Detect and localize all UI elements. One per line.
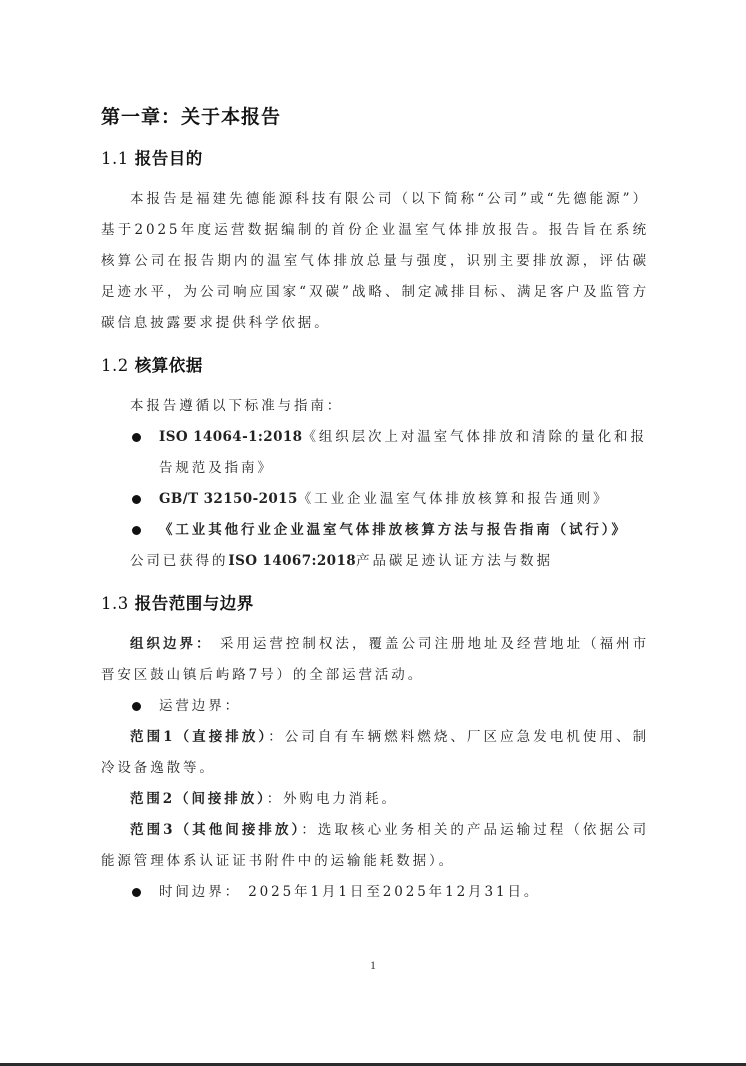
note-prefix: 公司已获得的 — [130, 553, 228, 569]
scope1-paragraph: 范围1（直接排放）：公司自有车辆燃料燃烧、厂区应急发电机使用、制冷设备逸散等。 — [101, 722, 649, 784]
section-heading-1-1: 1.1报告目的 — [101, 144, 649, 174]
org-boundary-paragraph: 组织边界： 采用运营控制权法，覆盖公司注册地址及经营地址（福州市晋安区鼓山镇后屿… — [101, 629, 649, 691]
list-item: 《工业其他行业企业温室气体排放核算方法与报告指南（试行）》 — [101, 515, 649, 546]
list-item: GB/T 32150-2015《工业企业温室气体排放核算和报告通则》 — [101, 484, 649, 515]
section-number: 1.3 — [101, 594, 129, 613]
note-code: ISO 14067:2018 — [228, 553, 356, 569]
scope3-label: 范围3（其他间接排放） — [130, 822, 301, 838]
ops-boundary-list: 运营边界： — [101, 691, 649, 722]
standards-intro: 本报告遵循以下标准与指南： — [101, 391, 649, 422]
section-title: 报告范围与边界 — [135, 594, 254, 613]
standard-code: ISO 14064-1:2018 — [159, 429, 302, 445]
standards-list: ISO 14064-1:2018《组织层次上对温室气体排放和清除的量化和报告规范… — [101, 422, 649, 546]
scope2-label: 范围2（间接排放） — [130, 791, 267, 807]
purpose-paragraph: 本报告是福建先德能源科技有限公司（以下简称“公司”或“先德能源”）基于2025年… — [101, 184, 649, 339]
note-suffix: 产品碳足迹认证方法与数据 — [356, 553, 553, 569]
section-number: 1.2 — [101, 356, 129, 375]
document-page: 第一章：关于本报告 1.1报告目的 本报告是福建先德能源科技有限公司（以下简称“… — [0, 0, 746, 1063]
standard-name: 《工业企业温室气体排放核算和报告通则》 — [298, 491, 610, 507]
bullet-icon — [132, 433, 141, 442]
standard-code: GB/T 32150-2015 — [159, 491, 298, 507]
page-content: 第一章：关于本报告 1.1报告目的 本报告是福建先德能源科技有限公司（以下简称“… — [101, 100, 649, 908]
page-number: 1 — [0, 958, 746, 973]
time-boundary-text: 2025年1月1日至2025年12月31日。 — [241, 884, 540, 900]
time-boundary-list: 时间边界： 2025年1月1日至2025年12月31日。 — [101, 877, 649, 908]
section-number: 1.1 — [101, 149, 129, 168]
section-title: 报告目的 — [135, 149, 203, 168]
bullet-icon — [132, 702, 141, 711]
certification-note: 公司已获得的ISO 14067:2018产品碳足迹认证方法与数据 — [101, 546, 649, 577]
time-boundary-label: 时间边界： — [159, 884, 241, 900]
ops-boundary-label: 运营边界： — [159, 698, 241, 714]
bullet-icon — [132, 526, 141, 535]
section-heading-1-3: 1.3报告范围与边界 — [101, 589, 649, 619]
bullet-icon — [132, 495, 141, 504]
org-boundary-label: 组织边界： — [130, 636, 213, 652]
scope2-paragraph: 范围2（间接排放）：外购电力消耗。 — [101, 784, 649, 815]
scope1-label: 范围1（直接排放） — [130, 729, 268, 745]
section-heading-1-2: 1.2核算依据 — [101, 351, 649, 381]
standard-name: 《工业其他行业企业温室气体排放核算方法与报告指南（试行）》 — [159, 522, 628, 538]
section-title: 核算依据 — [135, 356, 203, 375]
list-item: 运营边界： — [101, 691, 649, 722]
list-item: ISO 14064-1:2018《组织层次上对温室气体排放和清除的量化和报告规范… — [101, 422, 649, 484]
scope2-text: ：外购电力消耗。 — [267, 791, 398, 807]
scope3-paragraph: 范围3（其他间接排放）：选取核心业务相关的产品运输过程（依据公司能源管理体系认证… — [101, 815, 649, 877]
chapter-title: 第一章：关于本报告 — [101, 100, 649, 134]
bullet-icon — [132, 888, 141, 897]
list-item: 时间边界： 2025年1月1日至2025年12月31日。 — [101, 877, 649, 908]
